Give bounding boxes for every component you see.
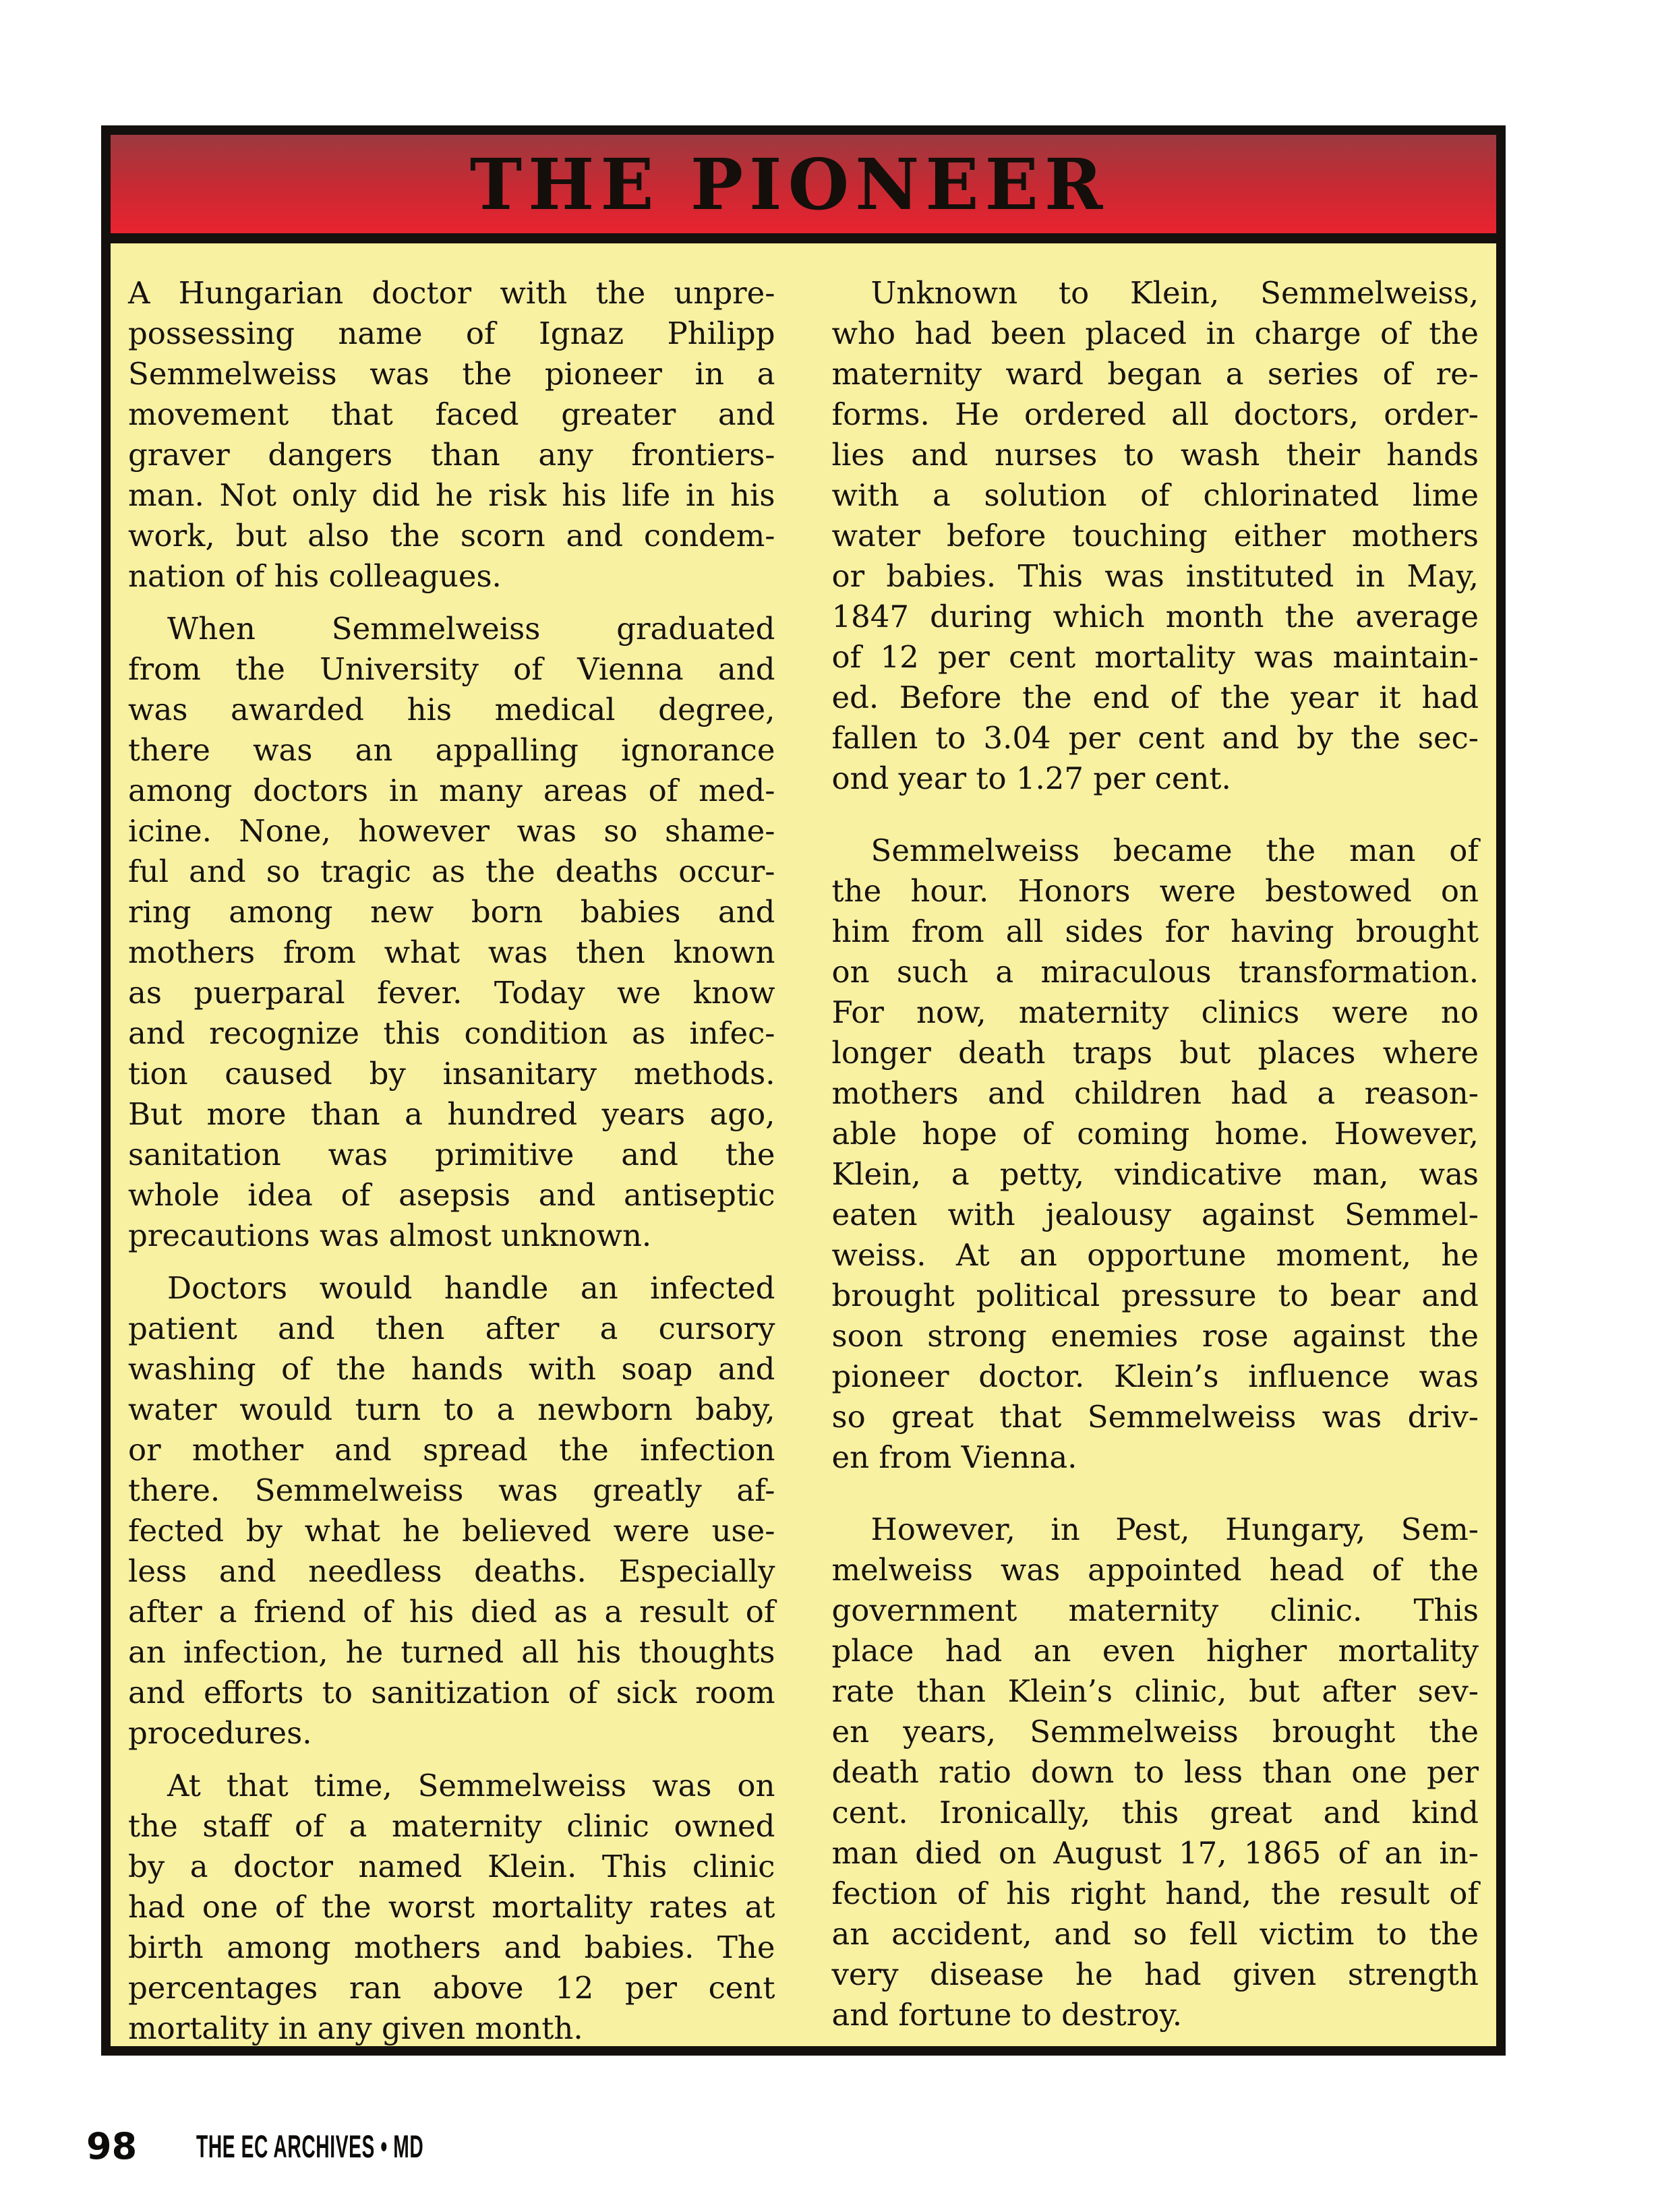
text-line: soon strong enemies rose against the bbox=[832, 1316, 1479, 1356]
text-line: Unknown to Klein, Semmelweiss, bbox=[832, 273, 1479, 313]
text-line: 1847 during which month the average bbox=[832, 597, 1479, 637]
text-line: the staff of a maternity clinic owned bbox=[128, 1806, 775, 1847]
text-line: man. Not only did he risk his life in hi… bbox=[128, 475, 775, 516]
text-line: very disease he had given strength bbox=[832, 1954, 1479, 1995]
text-line: fection of his right hand, the result of bbox=[832, 1874, 1479, 1914]
text-line: nation of his colleagues. bbox=[128, 556, 775, 597]
text-line: en years, Semmelweiss brought the bbox=[832, 1712, 1479, 1752]
text-line: fallen to 3.04 per cent and by the sec- bbox=[832, 718, 1479, 758]
text-column-1: A Hungarian doctor with the unpre-posses… bbox=[128, 273, 775, 2049]
text-line: Doctors would handle an infected bbox=[128, 1268, 775, 1309]
text-line: For now, maternity clinics were no bbox=[832, 992, 1479, 1033]
text-line: At that time, Semmelweiss was on bbox=[128, 1766, 775, 1806]
text-line: sanitation was primitive and the bbox=[128, 1135, 775, 1175]
text-line: and efforts to sanitization of sick room bbox=[128, 1673, 775, 1713]
text-line: mothers from what was then known bbox=[128, 932, 775, 973]
text-line: or babies. This was instituted in May, bbox=[832, 556, 1479, 597]
text-line: ed. Before the end of the year it had bbox=[832, 678, 1479, 718]
text-line: as puerparal fever. Today we know bbox=[128, 973, 775, 1013]
text-line: mortality in any given month. bbox=[128, 2008, 775, 2049]
text-line: longer death traps but places where bbox=[832, 1033, 1479, 1073]
title-band: THE PIONEER bbox=[111, 135, 1496, 243]
text-line: When Semmelweiss graduated bbox=[128, 609, 775, 649]
text-line: who had been placed in charge of the bbox=[832, 313, 1479, 354]
paragraph: A Hungarian doctor with the unpre-posses… bbox=[128, 273, 775, 597]
text-line: less and needless deaths. Especially bbox=[128, 1551, 775, 1592]
text-line: possessing name of Ignaz Philipp bbox=[128, 313, 775, 354]
text-line: melweiss was appointed head of the bbox=[832, 1550, 1479, 1590]
text-line: But more than a hundred years ago, bbox=[128, 1094, 775, 1135]
page: { "page": { "title": "THE PIONEER", "foo… bbox=[0, 0, 1656, 2212]
text-line: water would turn to a newborn baby, bbox=[128, 1389, 775, 1430]
text-line: However, in Pest, Hungary, Sem- bbox=[832, 1509, 1479, 1550]
text-line: brought political pressure to bear and bbox=[832, 1276, 1479, 1316]
text-line: forms. He ordered all doctors, order- bbox=[832, 394, 1479, 435]
text-line: precautions was almost unknown. bbox=[128, 1216, 775, 1256]
text-line: there. Semmelweiss was greatly af- bbox=[128, 1470, 775, 1511]
text-line: graver dangers than any frontiers- bbox=[128, 435, 775, 475]
text-line: ring among new born babies and bbox=[128, 892, 775, 932]
text-line: him from all sides for having brought bbox=[832, 911, 1479, 952]
text-line: A Hungarian doctor with the unpre- bbox=[128, 273, 775, 313]
text-line: washing of the hands with soap and bbox=[128, 1349, 775, 1389]
text-line: pioneer doctor. Klein’s influence was bbox=[832, 1356, 1479, 1397]
text-line: en from Vienna. bbox=[832, 1437, 1479, 1478]
text-line: an infection, he turned all his thoughts bbox=[128, 1632, 775, 1673]
footer-book-title: THE EC ARCHIVES • MD bbox=[196, 2128, 423, 2165]
text-line: after a friend of his died as a result o… bbox=[128, 1592, 775, 1632]
text-line: icine. None, however was so shame- bbox=[128, 811, 775, 851]
text-line: fected by what he believed were use- bbox=[128, 1511, 775, 1551]
text-line: among doctors in many areas of med- bbox=[128, 771, 775, 811]
text-line: work, but also the scorn and condem- bbox=[128, 516, 775, 556]
text-line: water before touching either mothers bbox=[832, 516, 1479, 556]
text-line: tion caused by insanitary methods. bbox=[128, 1054, 775, 1094]
text-line: by a doctor named Klein. This clinic bbox=[128, 1847, 775, 1887]
text-line: percentages ran above 12 per cent bbox=[128, 1968, 775, 2008]
text-line: patient and then after a cursory bbox=[128, 1309, 775, 1349]
text-line: on such a miraculous transformation. bbox=[832, 952, 1479, 992]
text-line: or mother and spread the infection bbox=[128, 1430, 775, 1470]
text-line: ful and so tragic as the deaths occur- bbox=[128, 851, 775, 892]
paragraph: At that time, Semmelweiss was onthe staf… bbox=[128, 1766, 775, 2049]
text-line: mothers and children had a reason- bbox=[832, 1073, 1479, 1114]
paragraph: Semmelweiss became the man ofthe hour. H… bbox=[832, 831, 1479, 1478]
text-line: the hour. Honors were bestowed on bbox=[832, 871, 1479, 911]
text-line: lies and nurses to wash their hands bbox=[832, 435, 1479, 475]
text-line: whole idea of asepsis and antiseptic bbox=[128, 1175, 775, 1216]
text-line: place had an even higher mortality bbox=[832, 1631, 1479, 1671]
text-line: with a solution of chlorinated lime bbox=[832, 475, 1479, 516]
text-line: and fortune to destroy. bbox=[832, 1995, 1479, 2035]
text-line: Klein, a petty, vindicative man, was bbox=[832, 1154, 1479, 1195]
text-line: Semmelweiss was the pioneer in a bbox=[128, 354, 775, 394]
text-line: was awarded his medical degree, bbox=[128, 690, 775, 730]
text-line: from the University of Vienna and bbox=[128, 649, 775, 690]
text-line: rate than Klein’s clinic, but after sev- bbox=[832, 1671, 1479, 1712]
text-line: death ratio down to less than one per bbox=[832, 1752, 1479, 1793]
text-column-2: Unknown to Klein, Semmelweiss,who had be… bbox=[832, 273, 1479, 2049]
text-line: movement that faced greater and bbox=[128, 394, 775, 435]
story-box: THE PIONEER A Hungarian doctor with the … bbox=[101, 125, 1506, 2056]
text-line: maternity ward began a series of re- bbox=[832, 354, 1479, 394]
text-line: procedures. bbox=[128, 1713, 775, 1754]
text-line: and recognize this condition as infec- bbox=[128, 1013, 775, 1054]
footer: 98 THE EC ARCHIVES • MD bbox=[86, 2125, 575, 2168]
story-columns: A Hungarian doctor with the unpre-posses… bbox=[111, 243, 1496, 2049]
text-line: birth among mothers and babies. The bbox=[128, 1927, 775, 1968]
text-line: man died on August 17, 1865 of an in- bbox=[832, 1833, 1479, 1874]
text-line: ond year to 1.27 per cent. bbox=[832, 758, 1479, 799]
text-line: so great that Semmelweiss was driv- bbox=[832, 1397, 1479, 1437]
text-line: an accident, and so fell victim to the bbox=[832, 1914, 1479, 1954]
footer-page-number: 98 bbox=[86, 2125, 137, 2168]
text-line: able hope of coming home. However, bbox=[832, 1114, 1479, 1154]
text-line: there was an appalling ignorance bbox=[128, 730, 775, 771]
page-title: THE PIONEER bbox=[470, 143, 1109, 226]
text-line: Semmelweiss became the man of bbox=[832, 831, 1479, 871]
text-line: of 12 per cent mortality was maintain- bbox=[832, 637, 1479, 678]
text-line: government maternity clinic. This bbox=[832, 1590, 1479, 1631]
text-line: weiss. At an opportune moment, he bbox=[832, 1235, 1479, 1276]
paragraph: Unknown to Klein, Semmelweiss,who had be… bbox=[832, 273, 1479, 799]
paragraph: However, in Pest, Hungary, Sem-melweiss … bbox=[832, 1509, 1479, 2035]
text-line: cent. Ironically, this great and kind bbox=[832, 1793, 1479, 1833]
text-line: eaten with jealousy against Semmel- bbox=[832, 1195, 1479, 1235]
paragraph: Doctors would handle an infectedpatient … bbox=[128, 1268, 775, 1754]
paragraph: When Semmelweiss graduatedfrom the Unive… bbox=[128, 609, 775, 1256]
text-line: had one of the worst mortality rates at bbox=[128, 1887, 775, 1927]
